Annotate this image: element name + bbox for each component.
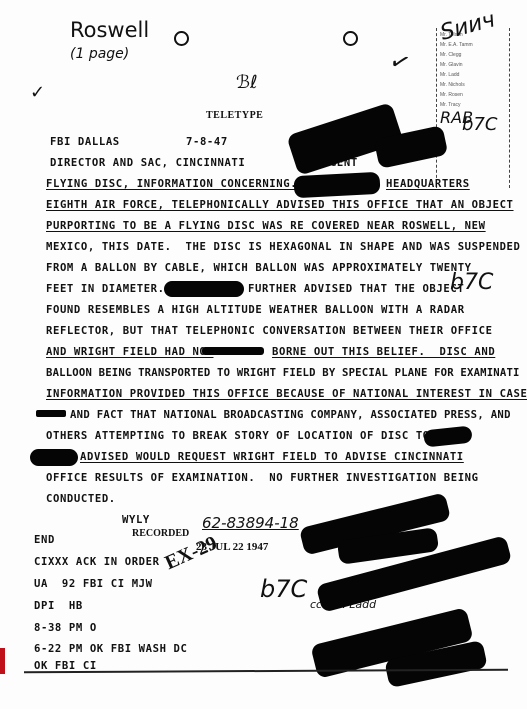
body-line: REFLECTOR, BUT THAT TELEPHONIC CONVERSAT… [46,325,493,337]
routing-row: Mr. Ladd [440,72,506,78]
checkmark-icon: ✓ [30,82,45,103]
body-line: CONDUCTED. [46,493,116,505]
body-line: FEET IN DIAMETER. [46,283,165,295]
file-number: 62-83894-18 [202,514,299,532]
punch-hole-left [174,31,189,46]
annotation-title: Roswell [70,18,149,42]
body-line: EIGHTH AIR FORCE, TELEPHONICALLY ADVISED… [46,199,514,211]
signature: WYLY [122,514,150,526]
body-line: AND FACT THAT NATIONAL BROADCASTING COMP… [70,409,511,421]
footer-line: DPI HB [34,600,83,612]
body-line: OTHERS ATTEMPTING TO BREAK STORY OF LOCA… [46,430,458,442]
routing-row: Mr. Glavin [440,62,506,68]
footer-line: 8-38 PM O [34,622,97,634]
routing-row: Mr. Nichols [440,82,506,88]
date-stamp: 23 JUL 22 1947 [196,541,268,553]
body-line: ADVISED WOULD REQUEST WRIGHT FIELD TO AD… [80,451,464,463]
headquarters-fragment: HEADQUARTERS [386,178,470,190]
body-line: FURTHER ADVISED THAT THE OBJECT [248,283,464,295]
footer-line: CIXXX ACK IN ORDER [34,556,160,568]
footer-line: 6-22 PM OK FBI WASH DC [34,643,188,655]
body-line: FLYING DISC, INFORMATION CONCERNING. [46,178,297,190]
redaction-block [202,347,264,355]
footer-line: UA 92 FBI CI MJW [34,578,153,590]
recorded-stamp: RECORDED [132,528,189,539]
redaction-block [164,281,244,297]
annotation-pages: (1 page) [70,46,129,62]
body-line: PURPORTING TO BE A FLYING DISC WAS RE CO… [46,220,486,232]
header-label: TELETYPE [206,110,263,121]
checkmark-icon: ✓ [386,45,414,78]
body-line: BALLOON BEING TRANSPORTED TO WRIGHT FIEL… [46,367,520,379]
body-line: FROM A BALLON BY CABLE, WHICH BALLON WAS… [46,262,472,274]
teletype-document: Roswell (1 page) ✓ ✓ ℬℓ Mr. Tolson Mr. E… [0,0,527,709]
routing-row: Mr. Clegg [440,52,506,58]
footer-line: END [34,534,55,546]
edge-mark [0,648,5,674]
redaction-block [293,172,380,198]
exemption-mark: b7C [260,575,307,603]
redaction-block [30,449,78,466]
body-line: AND WRIGHT FIELD HAD NOT [46,346,213,358]
from-field: FBI DALLAS [50,136,120,148]
redaction-block [423,426,473,448]
initials-scribble: ℬℓ [236,72,258,93]
routing-row: Mr. Rosen [440,92,506,98]
body-line: BORNE OUT THIS BELIEF. DISC AND [272,346,495,358]
body-line: MEXICO, THIS DATE. THE DISC IS HEXAGONAL… [46,241,521,253]
redaction-block [36,410,66,417]
body-line: FOUND RESEMBLES A HIGH ALTITUDE WEATHER … [46,304,465,316]
body-line: OFFICE RESULTS OF EXAMINATION. NO FURTHE… [46,472,479,484]
exemption-mark: b7C [462,114,497,135]
exemption-mark: b7C [450,270,493,295]
punch-hole-right [343,31,358,46]
body-line: INFORMATION PROVIDED THIS OFFICE BECAUSE… [46,388,527,400]
to-field: DIRECTOR AND SAC, CINCINNATI [50,157,245,169]
date-field: 7-8-47 [186,136,228,148]
